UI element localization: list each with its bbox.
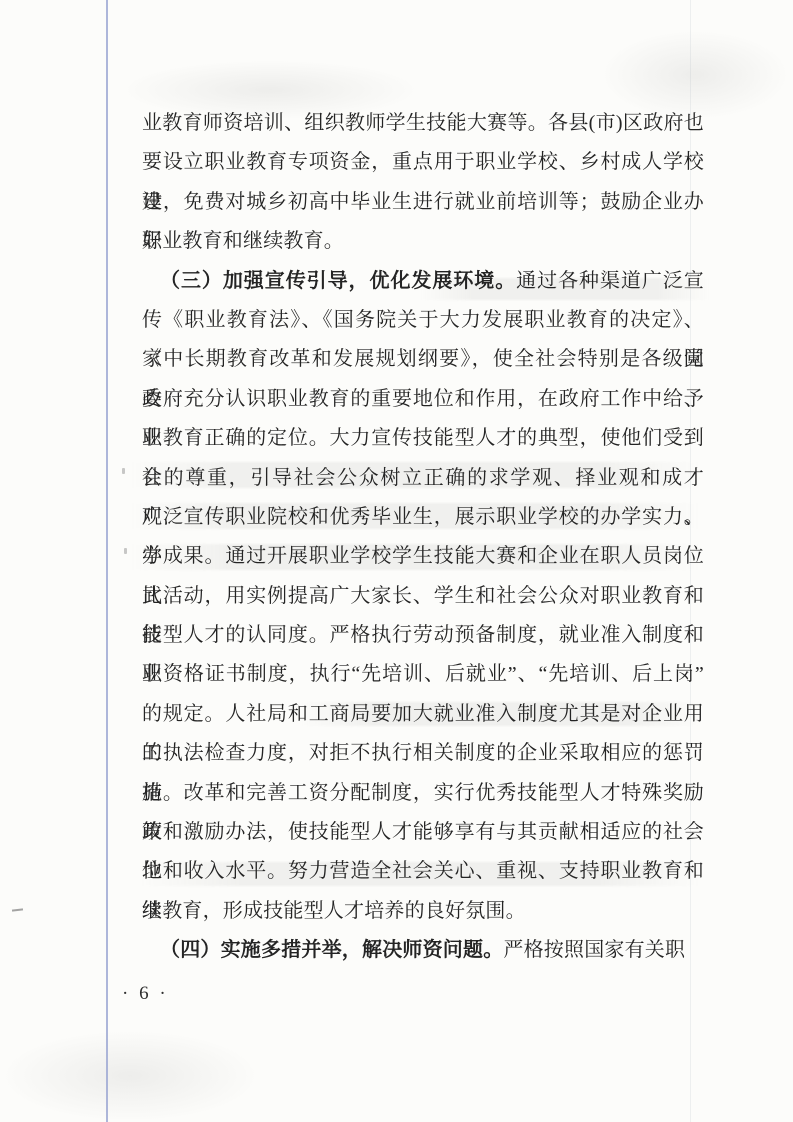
body-text-line: 政府充分认识职业教育的重要地位和作用，在政府工作中给予职: [142, 380, 704, 419]
body-text-line: 家中长期教育改革和发展规划纲要》，使全社会特别是各级党委、: [142, 340, 704, 379]
body-text-line: 业教育正确的定位。大力宣传技能型人才的典型，使他们受到社: [142, 419, 704, 458]
section-3-first-line: （三）加强宣传引导，优化发展环境。通过各种渠道广泛宣: [142, 262, 704, 301]
section-3-heading-rest: 通过各种渠道广泛宣: [516, 270, 704, 292]
page-number: · 6 ·: [122, 983, 169, 1005]
section-4-heading: （四）实施多措并举，解决师资问题。: [160, 939, 503, 961]
body-text-line: 传《职业教育法》、《国务院关于大力发展职业教育的决定》、《国: [142, 301, 704, 340]
binding-margin-line: [106, 0, 108, 1122]
scanned-page: 业教育师资培训、组织教师学生技能大赛等。各县(市)区政府也 要设立职业教育专项资…: [0, 0, 793, 1122]
body-text-line: 要设立职业教育专项资金，重点用于职业学校、乡村成人学校建: [142, 143, 704, 182]
document-body: 业教育师资培训、组织教师学生技能大赛等。各县(市)区政府也 要设立职业教育专项资…: [142, 104, 704, 971]
body-text-line: 广泛宣传职业院校和优秀毕业生，展示职业学校的办学实力、办: [142, 498, 704, 537]
scan-smudge: [0, 1030, 260, 1122]
body-text-line: 位和收入水平。努力营造全社会关心、重视、支持职业教育和继: [142, 852, 704, 891]
body-text-line: 策和激励办法，使技能型人才能够享有与其贡献相适应的社会地: [142, 813, 704, 852]
body-text-line: 续教育，形成技能型人才培养的良好氛围。: [142, 892, 704, 931]
body-text-line: 业资格证书制度，执行“先培训、后就业”、“先培训、后上岗”: [142, 655, 704, 694]
body-text-line: 设，免费对城乡初高中毕业生进行就业前培训等；鼓励企业办好: [142, 183, 704, 222]
body-text-line: 学成果。通过开展职业学校学生技能大赛和企业在职人员岗位比: [142, 537, 704, 576]
body-text-line: 会的尊重，引导社会公众树立正确的求学观、择业观和成才观。: [142, 459, 704, 498]
section-3-heading: （三）加强宣传引导，优化发展环境。: [160, 270, 516, 292]
margin-pen-mark: [12, 908, 23, 911]
body-text-line: 业教育师资培训、组织教师学生技能大赛等。各县(市)区政府也: [142, 104, 704, 143]
scan-speck: [122, 468, 125, 474]
body-text-line: 施。改革和完善工资分配制度，实行优秀技能型人才特殊奖励政: [142, 774, 704, 813]
scan-speck: [124, 548, 127, 554]
body-text-line: 武活动，用实例提高广大家长、学生和社会公众对职业教育和技: [142, 577, 704, 616]
body-text-line: 职业教育和继续教育。: [142, 222, 704, 261]
section-4-first-line: （四）实施多措并举，解决师资问题。严格按照国家有关职: [142, 931, 704, 970]
body-text-line: 能型人才的认同度。严格执行劳动预备制度，就业准入制度和职: [142, 616, 704, 655]
body-text-line: 的规定。人社局和工商局要加大就业准入制度尤其是对企业用工: [142, 695, 704, 734]
body-text-line: 的执法检查力度，对拒不执行相关制度的企业采取相应的惩罚措: [142, 734, 704, 773]
section-4-heading-rest: 严格按照国家有关职: [503, 939, 685, 961]
